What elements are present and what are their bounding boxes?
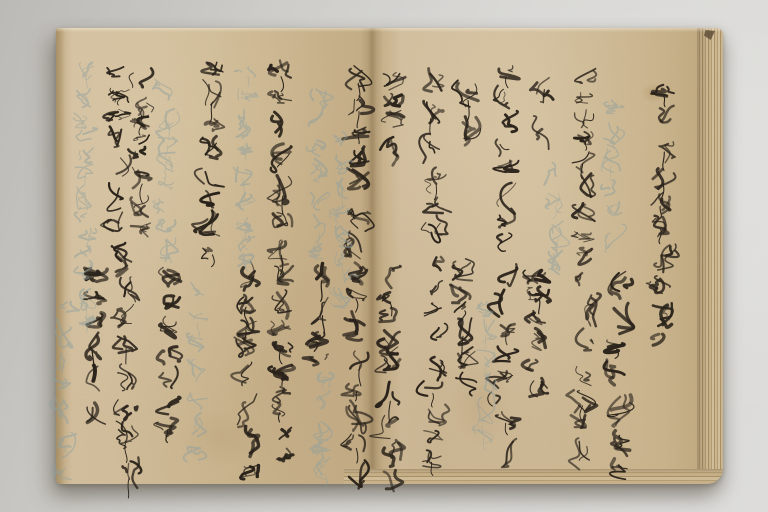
book-gutter-crease bbox=[361, 28, 383, 484]
stacked-pages-bottom-edge bbox=[344, 469, 723, 484]
page-top-highlight bbox=[56, 28, 723, 32]
paper-stain bbox=[451, 358, 511, 448]
photograph-of-open-manuscript bbox=[0, 0, 768, 512]
left-page-outer-edge bbox=[56, 28, 65, 484]
paper-stain bbox=[641, 83, 667, 103]
open-book bbox=[56, 28, 723, 484]
stacked-pages-fore-edge bbox=[697, 28, 723, 484]
paper-stain bbox=[176, 408, 266, 468]
